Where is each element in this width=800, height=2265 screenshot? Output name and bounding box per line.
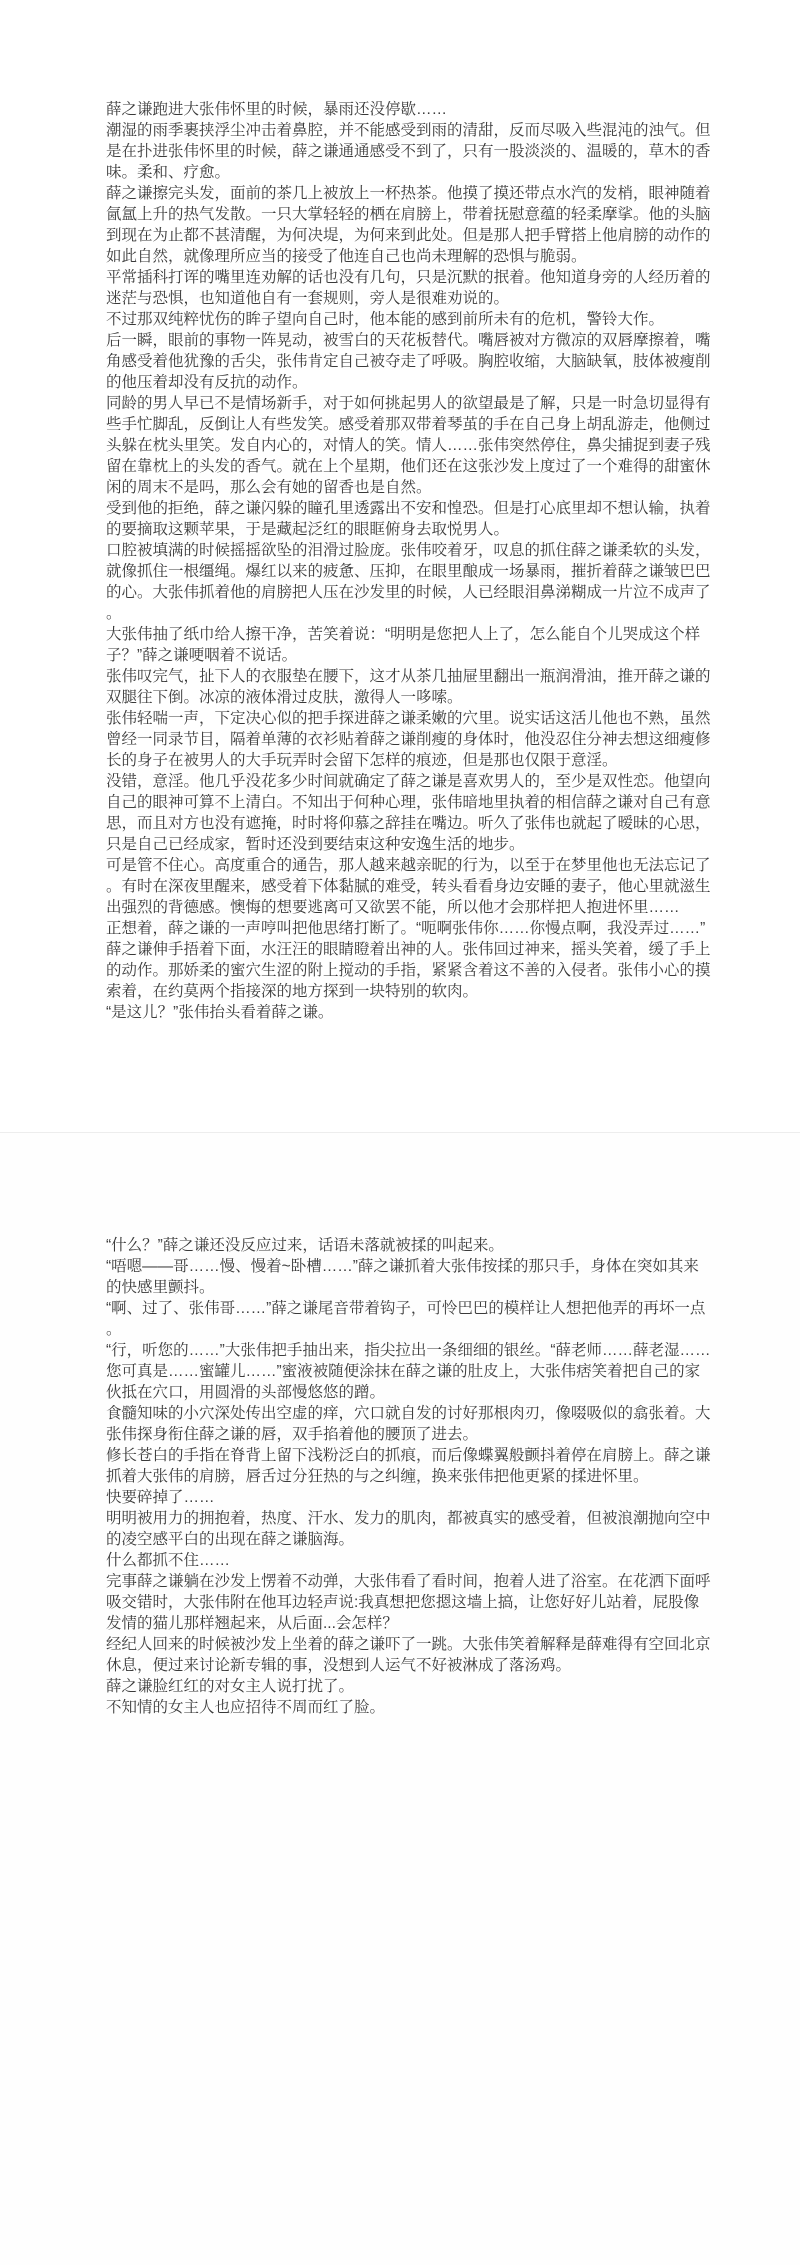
paragraph: 同龄的男人早已不是情场新手，对于如何挑起男人的欲望最是了解，只是一时急切显得有些…	[106, 393, 712, 498]
paragraph: “唔嗯——哥……慢、慢着~卧槽……”薛之谦抓着大张伟按揉的那只手，身体在突如其来…	[106, 1256, 712, 1298]
paragraph: 平常插科打诨的嘴里连劝解的话也没有几句，只是沉默的抿着。他知道身旁的人经历着的迷…	[106, 267, 712, 309]
paragraph: 薛之谦脸红红的对女主人说打扰了。	[106, 1676, 712, 1697]
paragraph: 食髓知味的小穴深处传出空虚的痒，穴口就自发的讨好那根肉刃，像啜吸似的翕张着。大张…	[106, 1403, 712, 1445]
paragraph: 大张伟抽了纸巾给人擦干净，苦笑着说：“明明是您把人上了，怎么能自个儿哭成这个样子…	[106, 624, 712, 666]
paragraph: 经纪人回来的时候被沙发上坐着的薛之谦吓了一跳。大张伟笑着解释是薛难得有空回北京休…	[106, 1634, 712, 1676]
paragraph: 修长苍白的手指在脊背上留下浅粉泛白的抓痕，而后像蝶翼般颤抖着停在肩膀上。薛之谦抓…	[106, 1445, 712, 1487]
paragraph: 张伟叹完气，扯下人的衣服垫在腰下，这才从茶几抽屉里翻出一瓶润滑油，推开薛之谦的双…	[106, 666, 712, 708]
paragraph: 潮湿的雨季裹挟浮尘冲击着鼻腔，并不能感受到雨的清甜，反而尽吸入些混沌的浊气。但是…	[106, 120, 712, 183]
paragraph: 正想着，薛之谦的一声哼叫把他思绪打断了。“呃啊张伟你……你慢点啊，我没弄过……”…	[106, 918, 712, 1002]
story-text-part-1: 薛之谦跑进大张伟怀里的时候，暴雨还没停歇……潮湿的雨季裹挟浮尘冲击着鼻腔，并不能…	[106, 99, 712, 1023]
paragraph: 明明被用力的拥抱着，热度、汗水、发力的肌肉，都被真实的感受着，但被浪潮抛向空中的…	[106, 1508, 712, 1550]
paragraph: 薛之谦擦完头发，面前的茶几上被放上一杯热茶。他摸了摸还带点水汽的发梢，眼神随着氤…	[106, 183, 712, 267]
paragraph: “行，听您的……”大张伟把手抽出来，指尖拉出一条细细的银丝。“薛老师……薛老湿……	[106, 1340, 712, 1403]
document-page: { "page": { "background_color": "#ffffff…	[0, 0, 800, 2265]
paragraph: “什么？”薛之谦还没反应过来，话语未落就被揉的叫起来。	[106, 1235, 712, 1256]
page-section-1: 薛之谦跑进大张伟怀里的时候，暴雨还没停歇……潮湿的雨季裹挟浮尘冲击着鼻腔，并不能…	[0, 0, 800, 1132]
paragraph: 不过那双纯粹忧伤的眸子望向自己时，他本能的感到前所未有的危机，警铃大作。	[106, 309, 712, 330]
paragraph: 后一瞬，眼前的事物一阵晃动，被雪白的天花板替代。嘴唇被对方微凉的双唇摩擦着，嘴角…	[106, 330, 712, 393]
paragraph: 不知情的女主人也应招待不周而红了脸。	[106, 1697, 712, 1718]
paragraph: 可是管不住心。高度重合的通告，那人越来越亲昵的行为，以至于在梦里他也无法忘记了。…	[106, 855, 712, 918]
story-text-part-2: “什么？”薛之谦还没反应过来，话语未落就被揉的叫起来。“唔嗯——哥……慢、慢着~…	[106, 1235, 712, 1718]
paragraph: 完事薛之谦躺在沙发上愣着不动弹，大张伟看了看时间，抱着人进了浴室。在花洒下面呼吸…	[106, 1571, 712, 1634]
paragraph: 快要碎掉了……	[106, 1487, 712, 1508]
paragraph: “啊、过了、张伟哥……”薛之谦尾音带着钩子，可怜巴巴的模样让人想把他弄的再坏一点…	[106, 1298, 712, 1340]
paragraph: 什么都抓不住……	[106, 1550, 712, 1571]
paragraph: 口腔被填满的时候摇摇欲坠的泪滑过脸庞。张伟咬着牙，叹息的抓住薛之谦柔软的头发，就…	[106, 540, 712, 624]
paragraph: 受到他的拒绝，薛之谦闪躲的瞳孔里透露出不安和惶恐。但是打心底里却不想认输，执着的…	[106, 498, 712, 540]
paragraph: 张伟轻喘一声，下定决心似的把手探进薛之谦柔嫩的穴里。说实话这活儿他也不熟，虽然曾…	[106, 708, 712, 771]
paragraph: 薛之谦跑进大张伟怀里的时候，暴雨还没停歇……	[106, 99, 712, 120]
paragraph: “是这儿？”张伟抬头看着薛之谦。	[106, 1002, 712, 1023]
paragraph: 没错，意淫。他几乎没花多少时间就确定了薛之谦是喜欢男人的，至少是双性恋。他望向自…	[106, 771, 712, 855]
page-section-2: “什么？”薛之谦还没反应过来，话语未落就被揉的叫起来。“唔嗯——哥……慢、慢着~…	[0, 1133, 800, 2265]
